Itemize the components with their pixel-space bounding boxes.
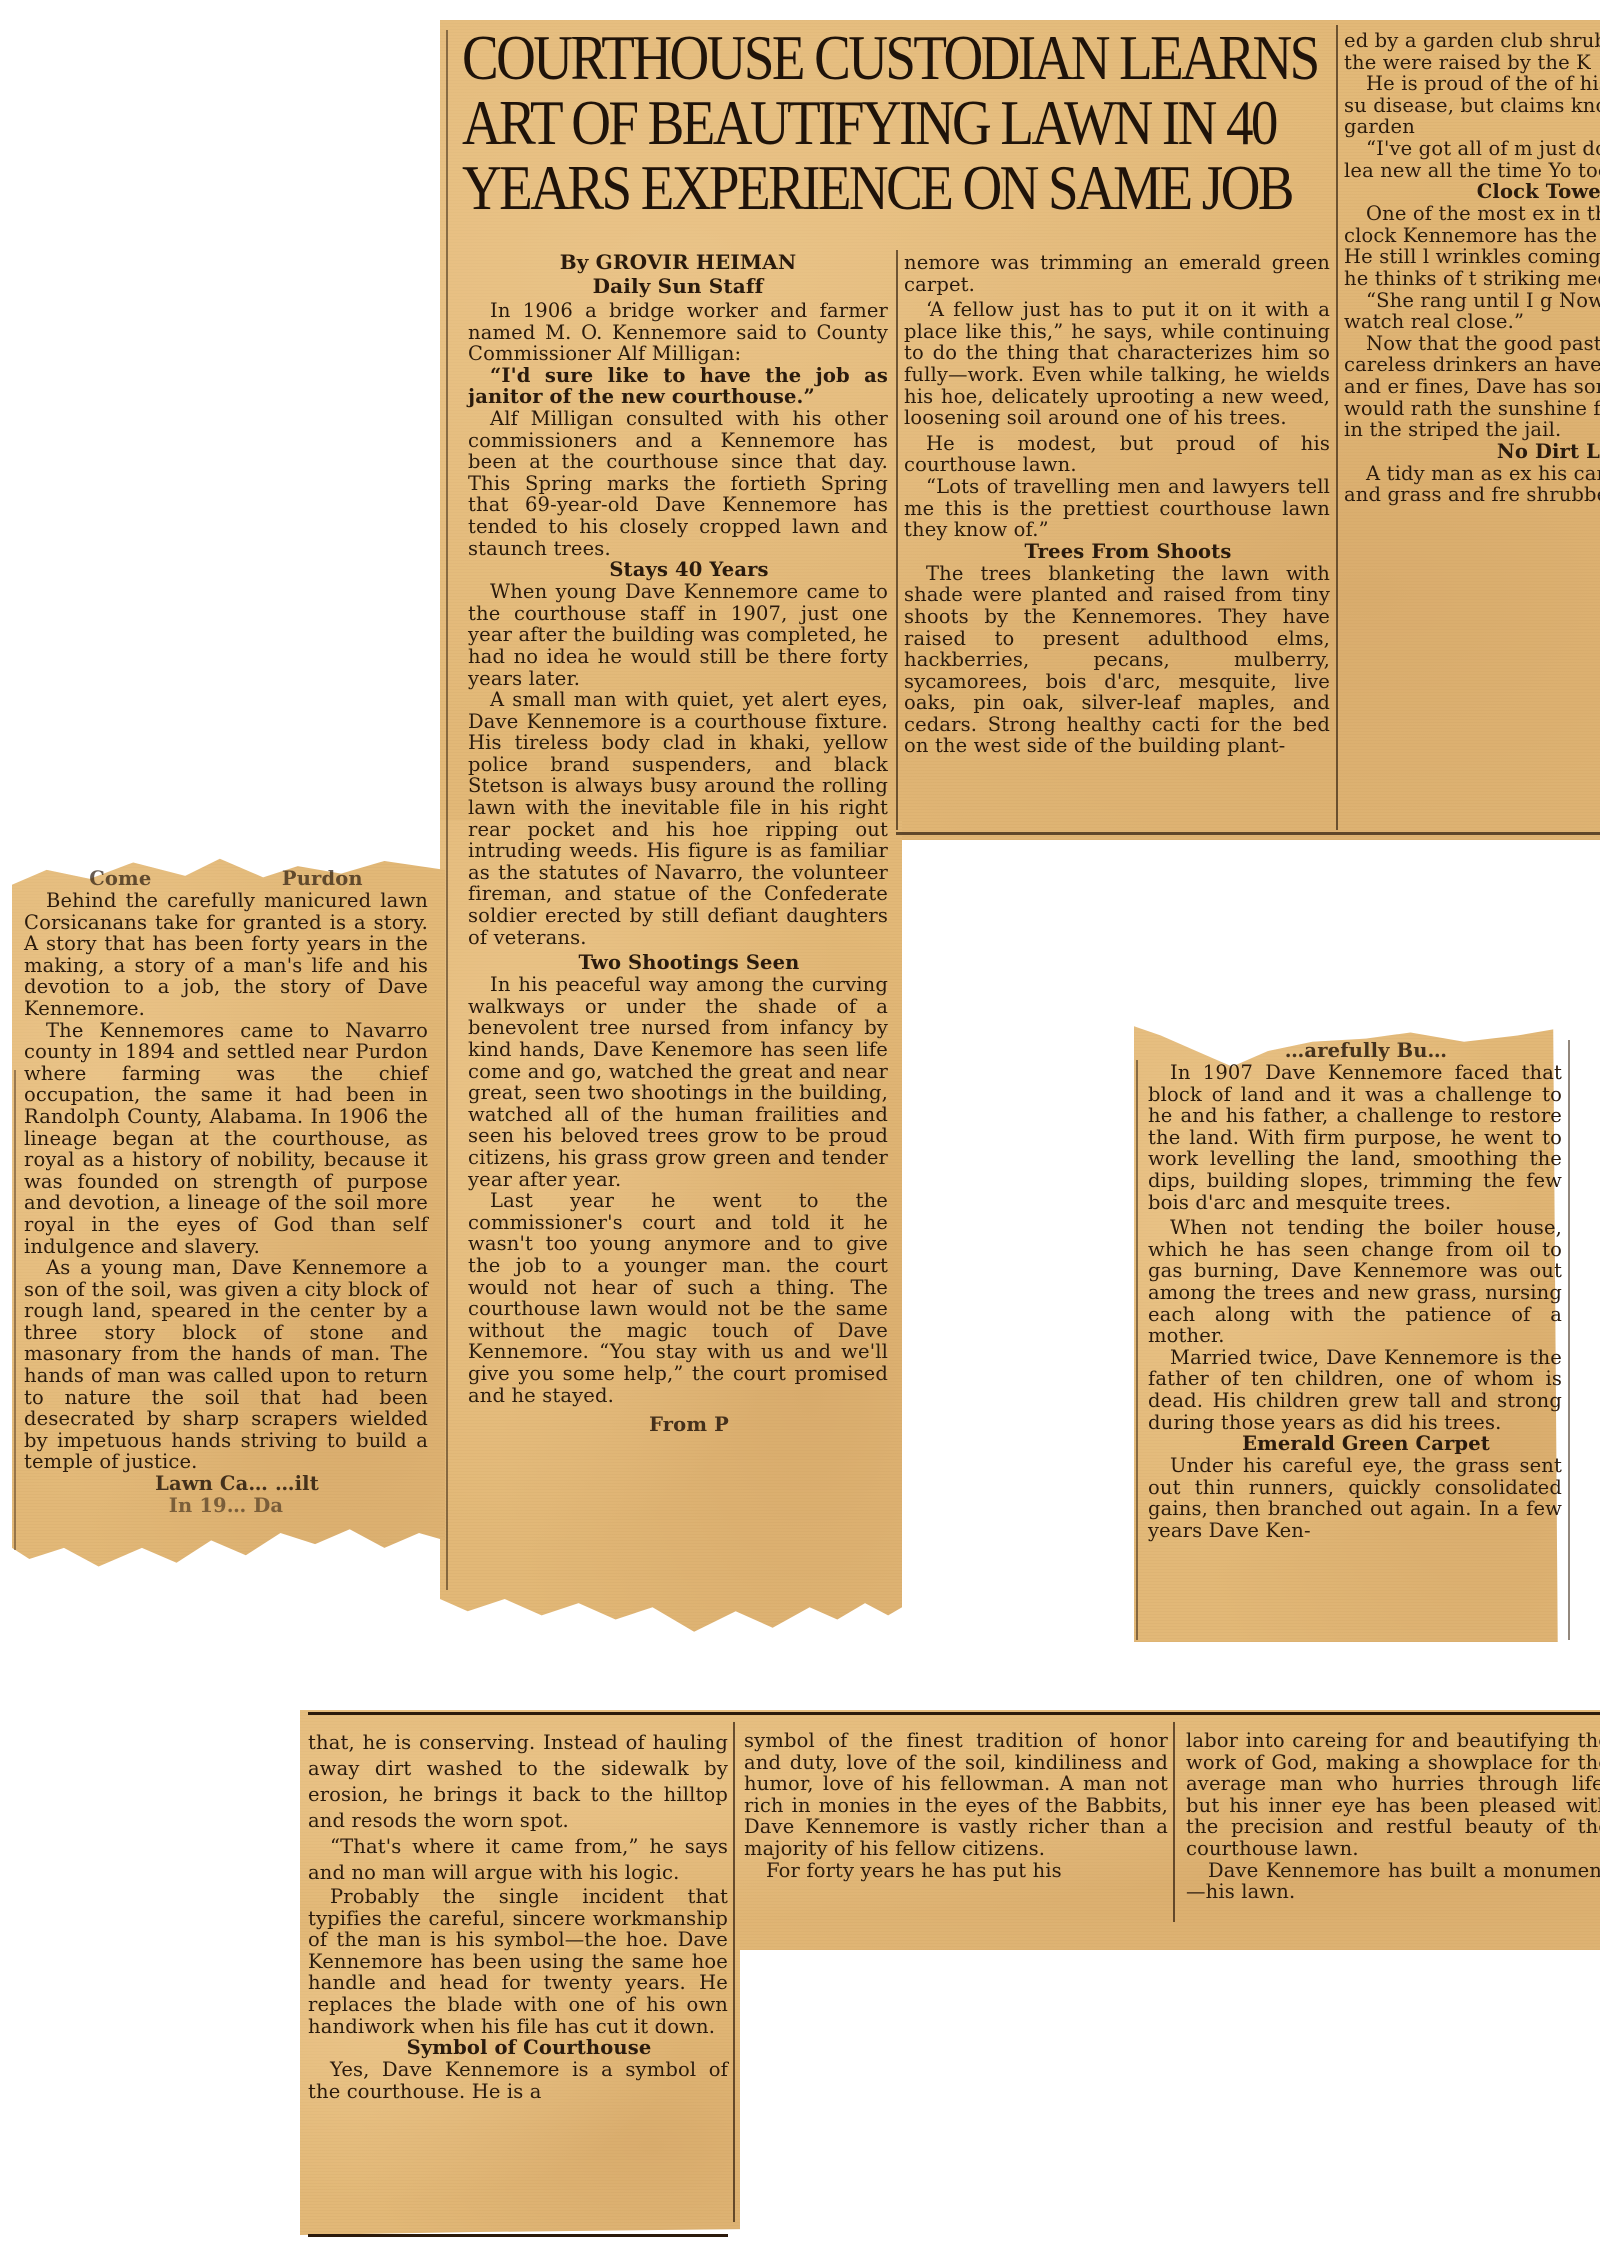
paragraph: Now that the good past years are not car… [1344, 333, 1600, 441]
paragraph: ‘A fellow just has to put it on it with … [904, 299, 1330, 429]
torn-subheading: Lawn Ca… …ilt [24, 1473, 428, 1495]
paragraph: “Lots of travelling men and lawyers tell… [904, 476, 1330, 541]
torn-subheading: …arefully Bu… [1148, 1040, 1562, 1062]
clipping-bottom-rule [308, 2234, 728, 2237]
paragraph: Behind the carefully manicured lawn Cors… [24, 890, 428, 1020]
paragraph: In 1906 a bridge worker and farmer named… [468, 300, 888, 365]
headline-line: ART OF BEAUTIFYING LAWN IN 40 [462, 91, 1208, 156]
right-clipping-text: …arefully Bu… In 1907 Dave Kennemore fac… [1148, 1040, 1562, 1541]
paragraph: For forty years he has put his [744, 1860, 1168, 1882]
paragraph: He is modest, but proud of his courthous… [904, 433, 1330, 476]
torn-heading-fragments: Come Purdon [24, 868, 428, 890]
paragraph: When not tending the boiler house, which… [1148, 1217, 1562, 1347]
subheading: Stays 40 Years [468, 559, 888, 581]
paragraph: Probably the single incident that typifi… [308, 1886, 728, 2037]
paragraph: labor into careing for and beautifying t… [1186, 1730, 1600, 1860]
paragraph: Last year he went to the commissioner's … [468, 1190, 888, 1406]
main-column-2: nemore was trimming an emerald green car… [904, 252, 1330, 757]
torn-heading-fragment: Come [89, 868, 151, 890]
column-rule [14, 1070, 16, 1550]
column-rule [446, 30, 448, 1590]
main-column-3-viewport: ed by a garden club shrubbery around the… [1340, 20, 1600, 830]
paragraph: symbol of the finest tradition of honor … [744, 1730, 1168, 1860]
subheading: Two Shootings Seen [468, 952, 888, 974]
paragraph: that, he is conserving. Instead of hauli… [308, 1730, 728, 1834]
subheading: Symbol of Courthouse [308, 2037, 728, 2059]
byline: By GROVIR HEIMAN [468, 250, 888, 274]
torn-heading-fragment: Purdon [282, 868, 363, 890]
clipping-top-rule [308, 1712, 1600, 1715]
paragraph: In his peaceful way among the curving wa… [468, 974, 888, 1190]
column-rule [733, 1722, 735, 2222]
paragraph: The Kennemores came to Navarro county in… [24, 1020, 428, 1258]
torn-last-line: In 19… Da [24, 1495, 428, 1517]
paragraph: A small man with quiet, yet alert eyes, … [468, 689, 888, 948]
subheading: Trees From Shoots [904, 541, 1330, 563]
column-rule [1336, 25, 1338, 830]
subheading: No Dirt Lo [1344, 441, 1600, 463]
main-column-1: By GROVIR HEIMAN Daily Sun Staff In 1906… [468, 250, 888, 1436]
paragraph: As a young man, Dave Kennemore a son of … [24, 1257, 428, 1473]
headline-line: COURTHOUSE CUSTODIAN LEARNS [462, 26, 1208, 91]
torn-subheading-fragment: From P [468, 1414, 888, 1436]
bottom-column-3-viewport: labor into careing for and beautifying t… [1178, 1722, 1600, 1942]
paragraph: Yes, Dave Kennemore is a symbol of the c… [308, 2059, 728, 2102]
paragraph: The trees blanketing the lawn with shade… [904, 563, 1330, 757]
paragraph: Under his careful eye, the grass sent ou… [1148, 1455, 1562, 1541]
paragraph: nemore was trimming an emerald green car… [904, 252, 1330, 295]
bottom-column-2: symbol of the finest tradition of honor … [744, 1730, 1168, 1881]
paragraph: When young Dave Kennemore came to the co… [468, 581, 888, 689]
bottom-column-3: labor into careing for and beautifying t… [1186, 1730, 1600, 1903]
paragraph: One of the most ex in the city is the cl… [1344, 203, 1600, 289]
paragraph: Dave Kennemore has built a monument—his … [1186, 1860, 1600, 1903]
paragraph: A tidy man as ex his carefully trimm and… [1344, 463, 1600, 506]
paragraph: He is proud of the of his trees have su … [1344, 73, 1600, 138]
paragraph: “That's where it came from,” he says and… [308, 1834, 728, 1886]
column-rule [1136, 1060, 1138, 1640]
column-rule [1568, 1040, 1570, 1640]
article-headline: COURTHOUSE CUSTODIAN LEARNS ART OF BEAUT… [462, 26, 1208, 221]
subheading: Emerald Green Carpet [1148, 1433, 1562, 1455]
main-column-3: ed by a garden club shrubbery around the… [1344, 30, 1600, 506]
subheading: Clock Tower E [1344, 181, 1600, 203]
left-clipping-text: Come Purdon Behind the carefully manicur… [24, 868, 428, 1517]
paragraph: “She rang until I g Now I have to watch … [1344, 290, 1600, 333]
paragraph: “I've got all of m just doing it. You le… [1344, 138, 1600, 181]
column-rule [896, 250, 898, 830]
paragraph: Married twice, Dave Kennemore is the fat… [1148, 1347, 1562, 1433]
paragraph: Alf Milligan consulted with his other co… [468, 408, 888, 559]
paragraph: ed by a garden club shrubbery around the… [1344, 30, 1600, 73]
column-rule [1173, 1722, 1175, 1922]
headline-line: YEARS EXPERIENCE ON SAME JOB [462, 156, 1208, 221]
paragraph: In 1907 Dave Kennemore faced that block … [1148, 1062, 1562, 1213]
staff-line: Daily Sun Staff [468, 274, 888, 298]
bottom-column-1: that, he is conserving. Instead of hauli… [308, 1730, 728, 2102]
clipping-bottom-rule [896, 832, 1600, 835]
paragraph: “I'd sure like to have the job as janito… [468, 365, 888, 408]
